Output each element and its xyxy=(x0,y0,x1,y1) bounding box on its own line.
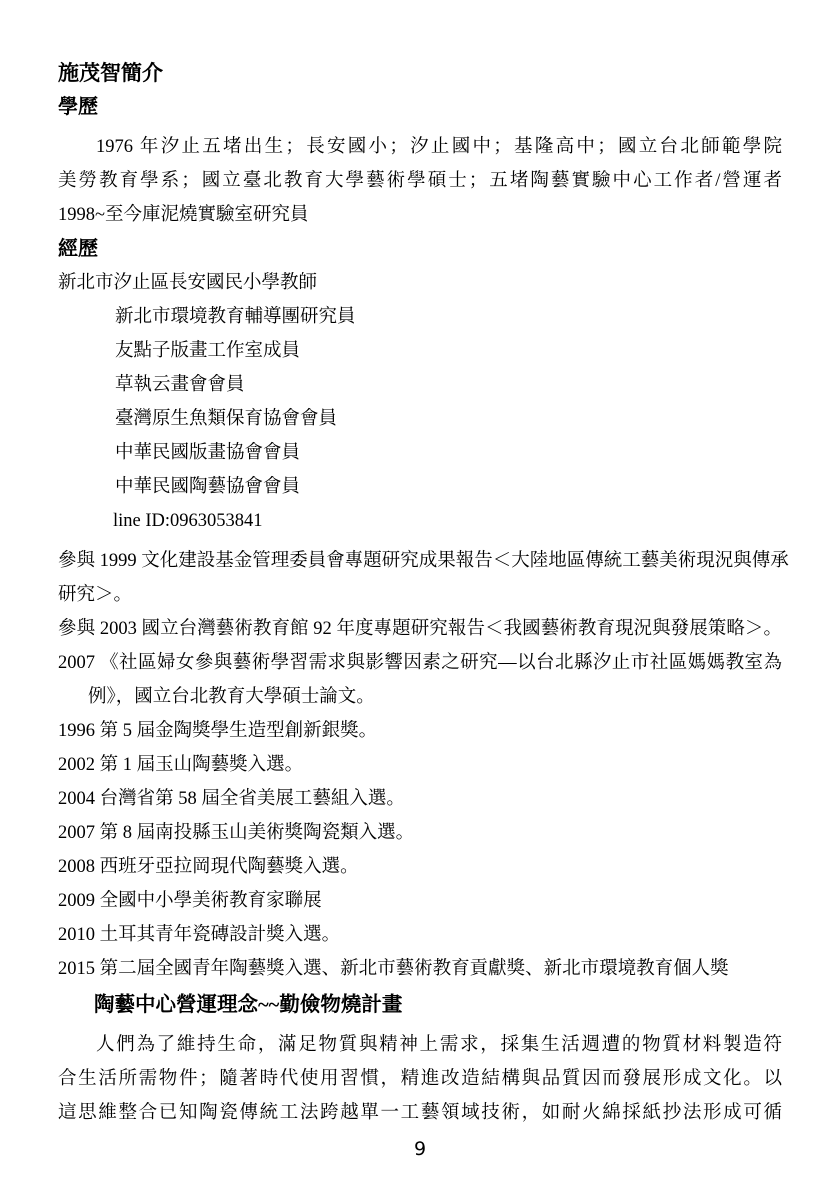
research-award-line: 參與 1999 文化建設基金管理委員會專題研究成果報告＜大陸地區傳統工藝美術現況… xyxy=(58,544,782,578)
experience-item: 臺灣原生魚類保育協會會員 xyxy=(58,402,782,436)
research-award-line: 2002 第 1 屆玉山陶藝獎入選。 xyxy=(58,748,782,782)
research-award-line: 參與 2003 國立台灣藝術教育館 92 年度專題研究報告＜我國藝術教育現況與發… xyxy=(58,612,782,646)
document-page: 施茂智簡介 學歷 1976 年汐止五堵出生；長安國小；汐止國中；基隆高中；國立台… xyxy=(0,0,840,1166)
line-id-text: line ID:0963053841 xyxy=(58,504,782,538)
experience-item: 友點子版畫工作室成員 xyxy=(58,334,782,368)
research-award-line: 2009 全國中小學美術教育家聯展 xyxy=(58,884,782,918)
research-award-line: 2008 西班牙亞拉岡現代陶藝獎入選。 xyxy=(58,850,782,884)
experience-item: 中華民國陶藝協會會員 xyxy=(58,470,782,504)
research-award-line: 2010 土耳其青年瓷磚設計獎入選。 xyxy=(58,918,782,952)
philosophy-line: 這思維整合已知陶瓷傳統工法跨越單一工藝領域技術，如耐火綿採紙抄法形成可循 xyxy=(58,1096,782,1130)
section-heading-experience: 經歷 xyxy=(58,232,782,266)
experience-item: 新北市環境教育輔導團研究員 xyxy=(58,300,782,334)
section-heading-education: 學歷 xyxy=(58,90,782,124)
research-award-line: 2015 第二屆全國青年陶藝獎入選、新北市藝術教育貢獻獎、新北市環境教育個人獎 xyxy=(58,952,782,986)
research-award-line: 2007 第 8 屆南投縣玉山美術獎陶瓷類入選。 xyxy=(58,816,782,850)
page-number: 9 xyxy=(58,1132,782,1166)
education-line: 1998~至今庫泥燒實驗室研究員 xyxy=(58,198,782,232)
experience-item: 草執云畫會會員 xyxy=(58,368,782,402)
philosophy-line: 合生活所需物件；隨著時代使用習慣，精進改造結構與品質因而發展形成文化。以 xyxy=(58,1062,782,1096)
education-line: 1976 年汐止五堵出生；長安國小；汐止國中；基隆高中；國立台北師範學院 xyxy=(58,130,782,164)
experience-item: 中華民國版畫協會會員 xyxy=(58,436,782,470)
section-heading-philosophy: 陶藝中心營運理念~~勤儉物燒計畫 xyxy=(58,988,782,1022)
research-award-line: 2007 《社區婦女參與藝術學習需求與影響因素之研究—以台北縣汐止市社區媽媽教室… xyxy=(58,646,782,680)
research-award-line: 2004 台灣省第 58 屆全省美展工藝組入選。 xyxy=(58,782,782,816)
document-title: 施茂智簡介 xyxy=(58,56,782,90)
research-award-line: 例》，國立台北教育大學碩士論文。 xyxy=(58,680,782,714)
education-line: 美勞教育學系；國立臺北教育大學藝術學碩士；五堵陶藝實驗中心工作者/營運者 xyxy=(58,164,782,198)
experience-item: 新北市汐止區長安國民小學教師 xyxy=(58,266,782,300)
philosophy-line: 人們為了維持生命，滿足物質與精神上需求，採集生活週遭的物質材料製造符 xyxy=(58,1028,782,1062)
research-award-line: 1996 第 5 屆金陶獎學生造型創新銀獎。 xyxy=(58,714,782,748)
research-award-line: 研究＞。 xyxy=(58,578,782,612)
